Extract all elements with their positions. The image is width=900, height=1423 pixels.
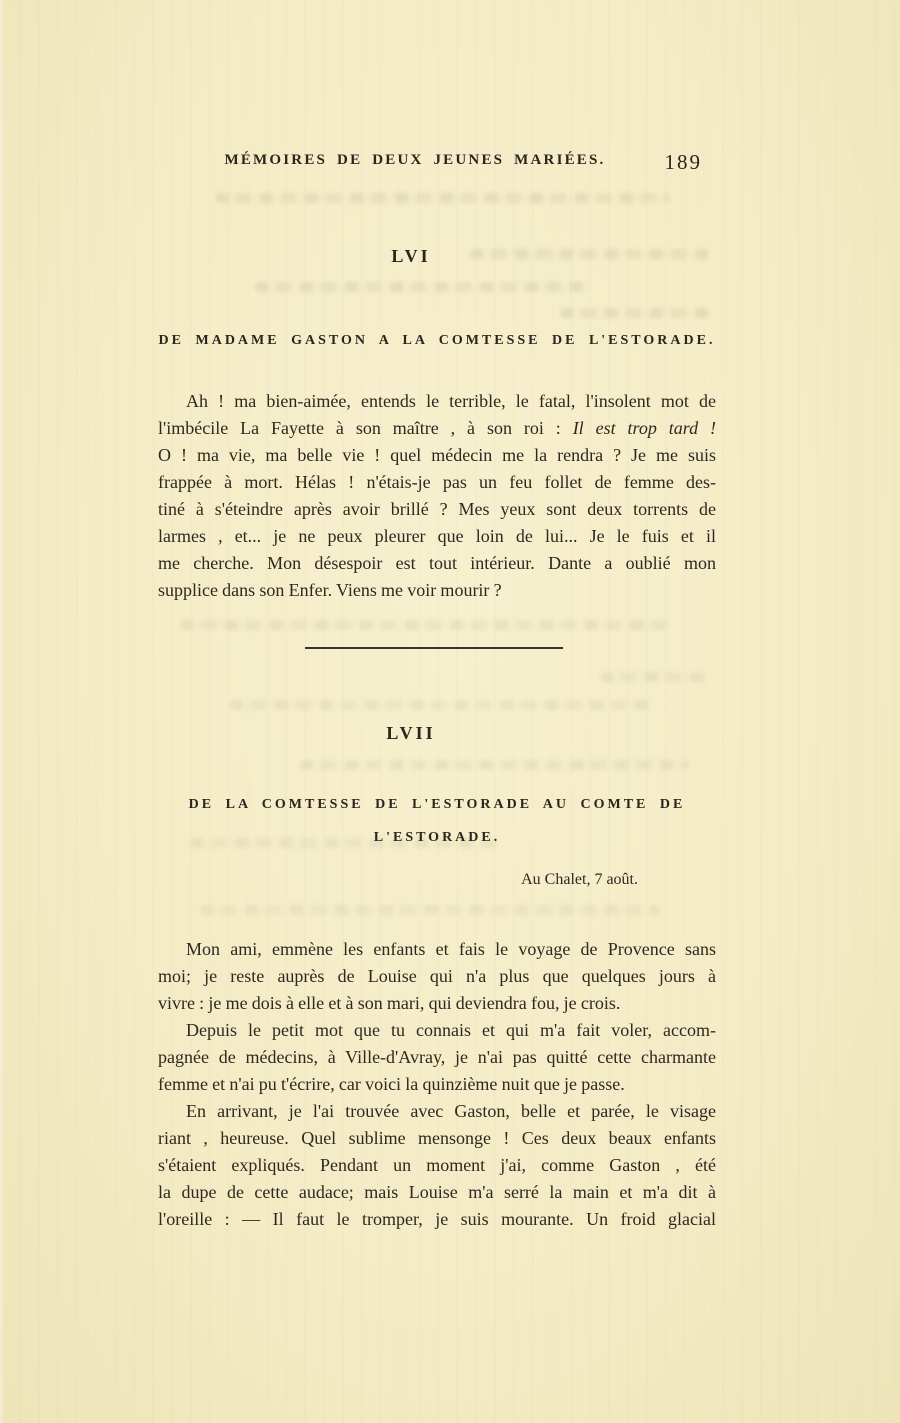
text-line: moi; je reste auprès de Louise qui n'a p…: [158, 963, 716, 990]
text-line: femme et n'ai pu t'écrire, car voici la …: [158, 1071, 716, 1098]
header-title: MÉMOIRES DE DEUX JEUNES MARIÉES.: [224, 152, 605, 169]
text-line: O ! ma vie, ma belle vie ! quel médecin …: [158, 442, 716, 469]
bleed-through-smudge: [560, 308, 710, 318]
bleed-through-smudge: [230, 700, 650, 710]
dateline: Au Chalet, 7 août.: [158, 871, 716, 889]
bleed-through-smudge: [200, 905, 660, 915]
text-line: me cherche. Mon désespoir est tout intér…: [158, 550, 716, 577]
section-divider-rule: [305, 647, 563, 649]
letter-heading-line: L'ESTORADE.: [158, 821, 716, 854]
bleed-through-smudge: [300, 760, 690, 770]
text-line: frappée à mort. Hélas ! n'étais-je pas u…: [158, 469, 716, 496]
text-line: l'imbécile La Fayette à son maître , à s…: [158, 415, 716, 442]
letter-heading: DE LA COMTESSE DE L'ESTORADE AU COMTE DE…: [158, 788, 716, 854]
book-page: MÉMOIRES DE DEUX JEUNES MARIÉES. 189 LVI…: [0, 0, 900, 1423]
text-line: s'étaient expliqués. Pendant un moment j…: [158, 1152, 716, 1179]
text-line: vivre : je me dois à elle et à son mari,…: [158, 990, 716, 1017]
text-line: Ah ! ma bien-aimée, entends le terrible,…: [158, 388, 716, 415]
text-line: larmes , et... je ne peux pleurer que lo…: [158, 523, 716, 550]
text-line: pagnée de médecins, à Ville-d'Avray, je …: [158, 1044, 716, 1071]
chapter-number: LVI: [132, 246, 690, 267]
chapter-number: LVII: [132, 723, 690, 744]
text-line: Mon ami, emmène les enfants et fais le v…: [158, 936, 716, 963]
bleed-through-smudge: [255, 282, 590, 292]
text-line: tiné à s'éteindre après avoir brillé ? M…: [158, 496, 716, 523]
text-line: riant , heureuse. Quel sublime mensonge …: [158, 1125, 716, 1152]
page-number: 189: [665, 150, 703, 175]
letter-heading: DE MADAME GASTON A LA COMTESSE DE L'ESTO…: [158, 324, 716, 357]
text-line: En arrivant, je l'ai trouvée avec Gaston…: [158, 1098, 716, 1125]
bleed-through-smudge: [215, 193, 670, 203]
text-line: la dupe de cette audace; mais Louise m'a…: [158, 1179, 716, 1206]
letter-heading-line: DE LA COMTESSE DE L'ESTORADE AU COMTE DE: [158, 788, 716, 821]
bleed-through-smudge: [600, 672, 710, 682]
scan-edge: [0, 0, 4, 1423]
running-header: MÉMOIRES DE DEUX JEUNES MARIÉES. 189: [158, 150, 716, 176]
text-line: supplice dans son Enfer. Viens me voir m…: [158, 577, 716, 604]
text-line: Depuis le petit mot que tu connais et qu…: [158, 1017, 716, 1044]
letter-body: Ah ! ma bien-aimée, entends le terrible,…: [158, 388, 716, 604]
text-line: l'oreille : — Il faut le tromper, je sui…: [158, 1206, 716, 1233]
letter-body: Mon ami, emmène les enfants et fais le v…: [158, 936, 716, 1233]
bleed-through-smudge: [180, 620, 670, 630]
